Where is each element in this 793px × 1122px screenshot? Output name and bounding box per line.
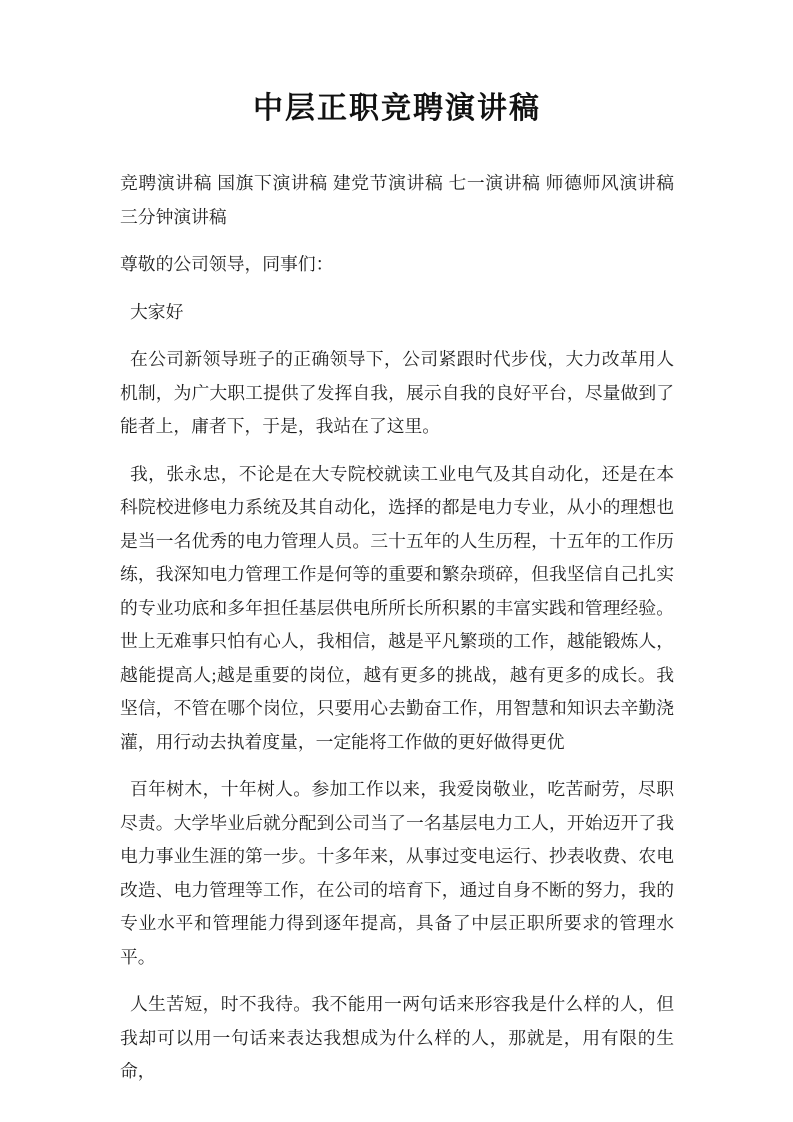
keywords-line: 竞聘演讲稿 国旗下演讲稿 建党节演讲稿 七一演讲稿 师德师风演讲稿 三分钟演讲稿 <box>120 167 674 234</box>
paragraph-body-4: 人生苦短，时不我待。我不能用一两句话来形容我是什么样的人，但我却可以用一句话来表… <box>120 988 674 1089</box>
paragraph-body-1: 在公司新领导班子的正确领导下，公司紧跟时代步伐，大力改革用人机制，为广大职工提供… <box>120 343 674 444</box>
document-title: 中层正职竞聘演讲稿 <box>120 88 674 130</box>
paragraph-greeting: 大家好 <box>120 296 674 330</box>
paragraph-body-2: 我，张永忠，不论是在大专院校就读工业电气及其自动化，还是在本科院校进修电力系统及… <box>120 458 674 760</box>
document-page: 中层正职竞聘演讲稿 竞聘演讲稿 国旗下演讲稿 建党节演讲稿 七一演讲稿 师德师风… <box>0 0 793 1122</box>
paragraph-salutation: 尊敬的公司领导，同事们： <box>120 248 674 282</box>
paragraph-body-3: 百年树木，十年树人。参加工作以来，我爱岗敬业，吃苦耐劳，尽职尽责。大学毕业后就分… <box>120 773 674 974</box>
